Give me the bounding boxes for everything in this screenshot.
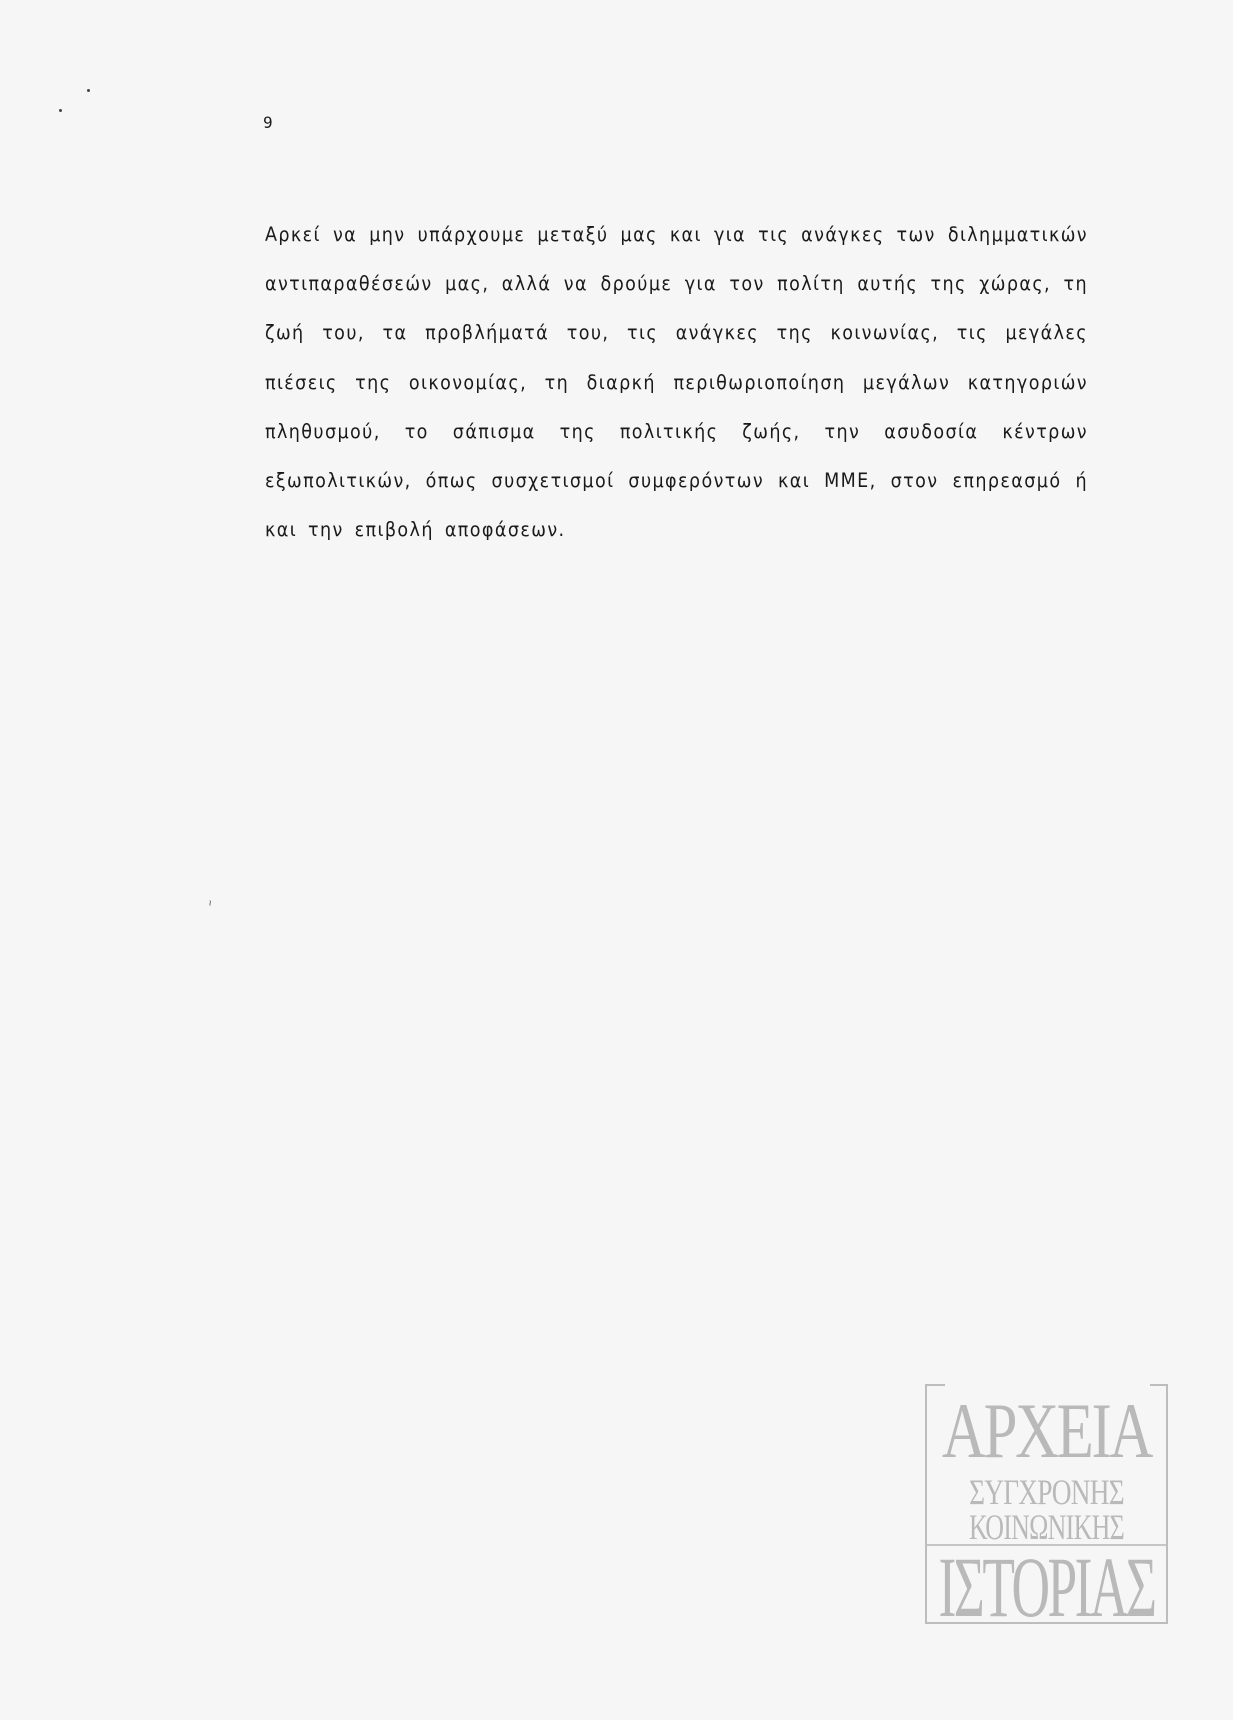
stamp-frame (1150, 1384, 1168, 1386)
stamp-frame (925, 1384, 945, 1386)
scan-speck (59, 109, 62, 112)
scan-speck (87, 89, 90, 92)
stamp-line-contemporary: ΣΥΓΧΡΟΝΗΣ (931, 1474, 1161, 1510)
body-paragraph: Αρκεί να μην υπάρχουμε μεταξύ μας και γι… (265, 210, 1088, 554)
margin-mark: ~ (204, 900, 214, 906)
stamp-line-social: ΚΟΙΝΩΝΙΚΗΣ (930, 1509, 1163, 1545)
stamp-frame (925, 1384, 927, 1624)
page-number: 9 (263, 113, 273, 133)
stamp-line-history: ΙΣΤΟΡΙΑΣ (934, 1544, 1159, 1630)
stamp-frame (1166, 1384, 1168, 1624)
stamp-line-archives: ΑΡΧΕΙΑ (936, 1392, 1157, 1470)
archive-stamp: ΑΡΧΕΙΑ ΣΥΓΧΡΟΝΗΣ ΚΟΙΝΩΝΙΚΗΣ ΙΣΤΟΡΙΑΣ (925, 1384, 1168, 1624)
